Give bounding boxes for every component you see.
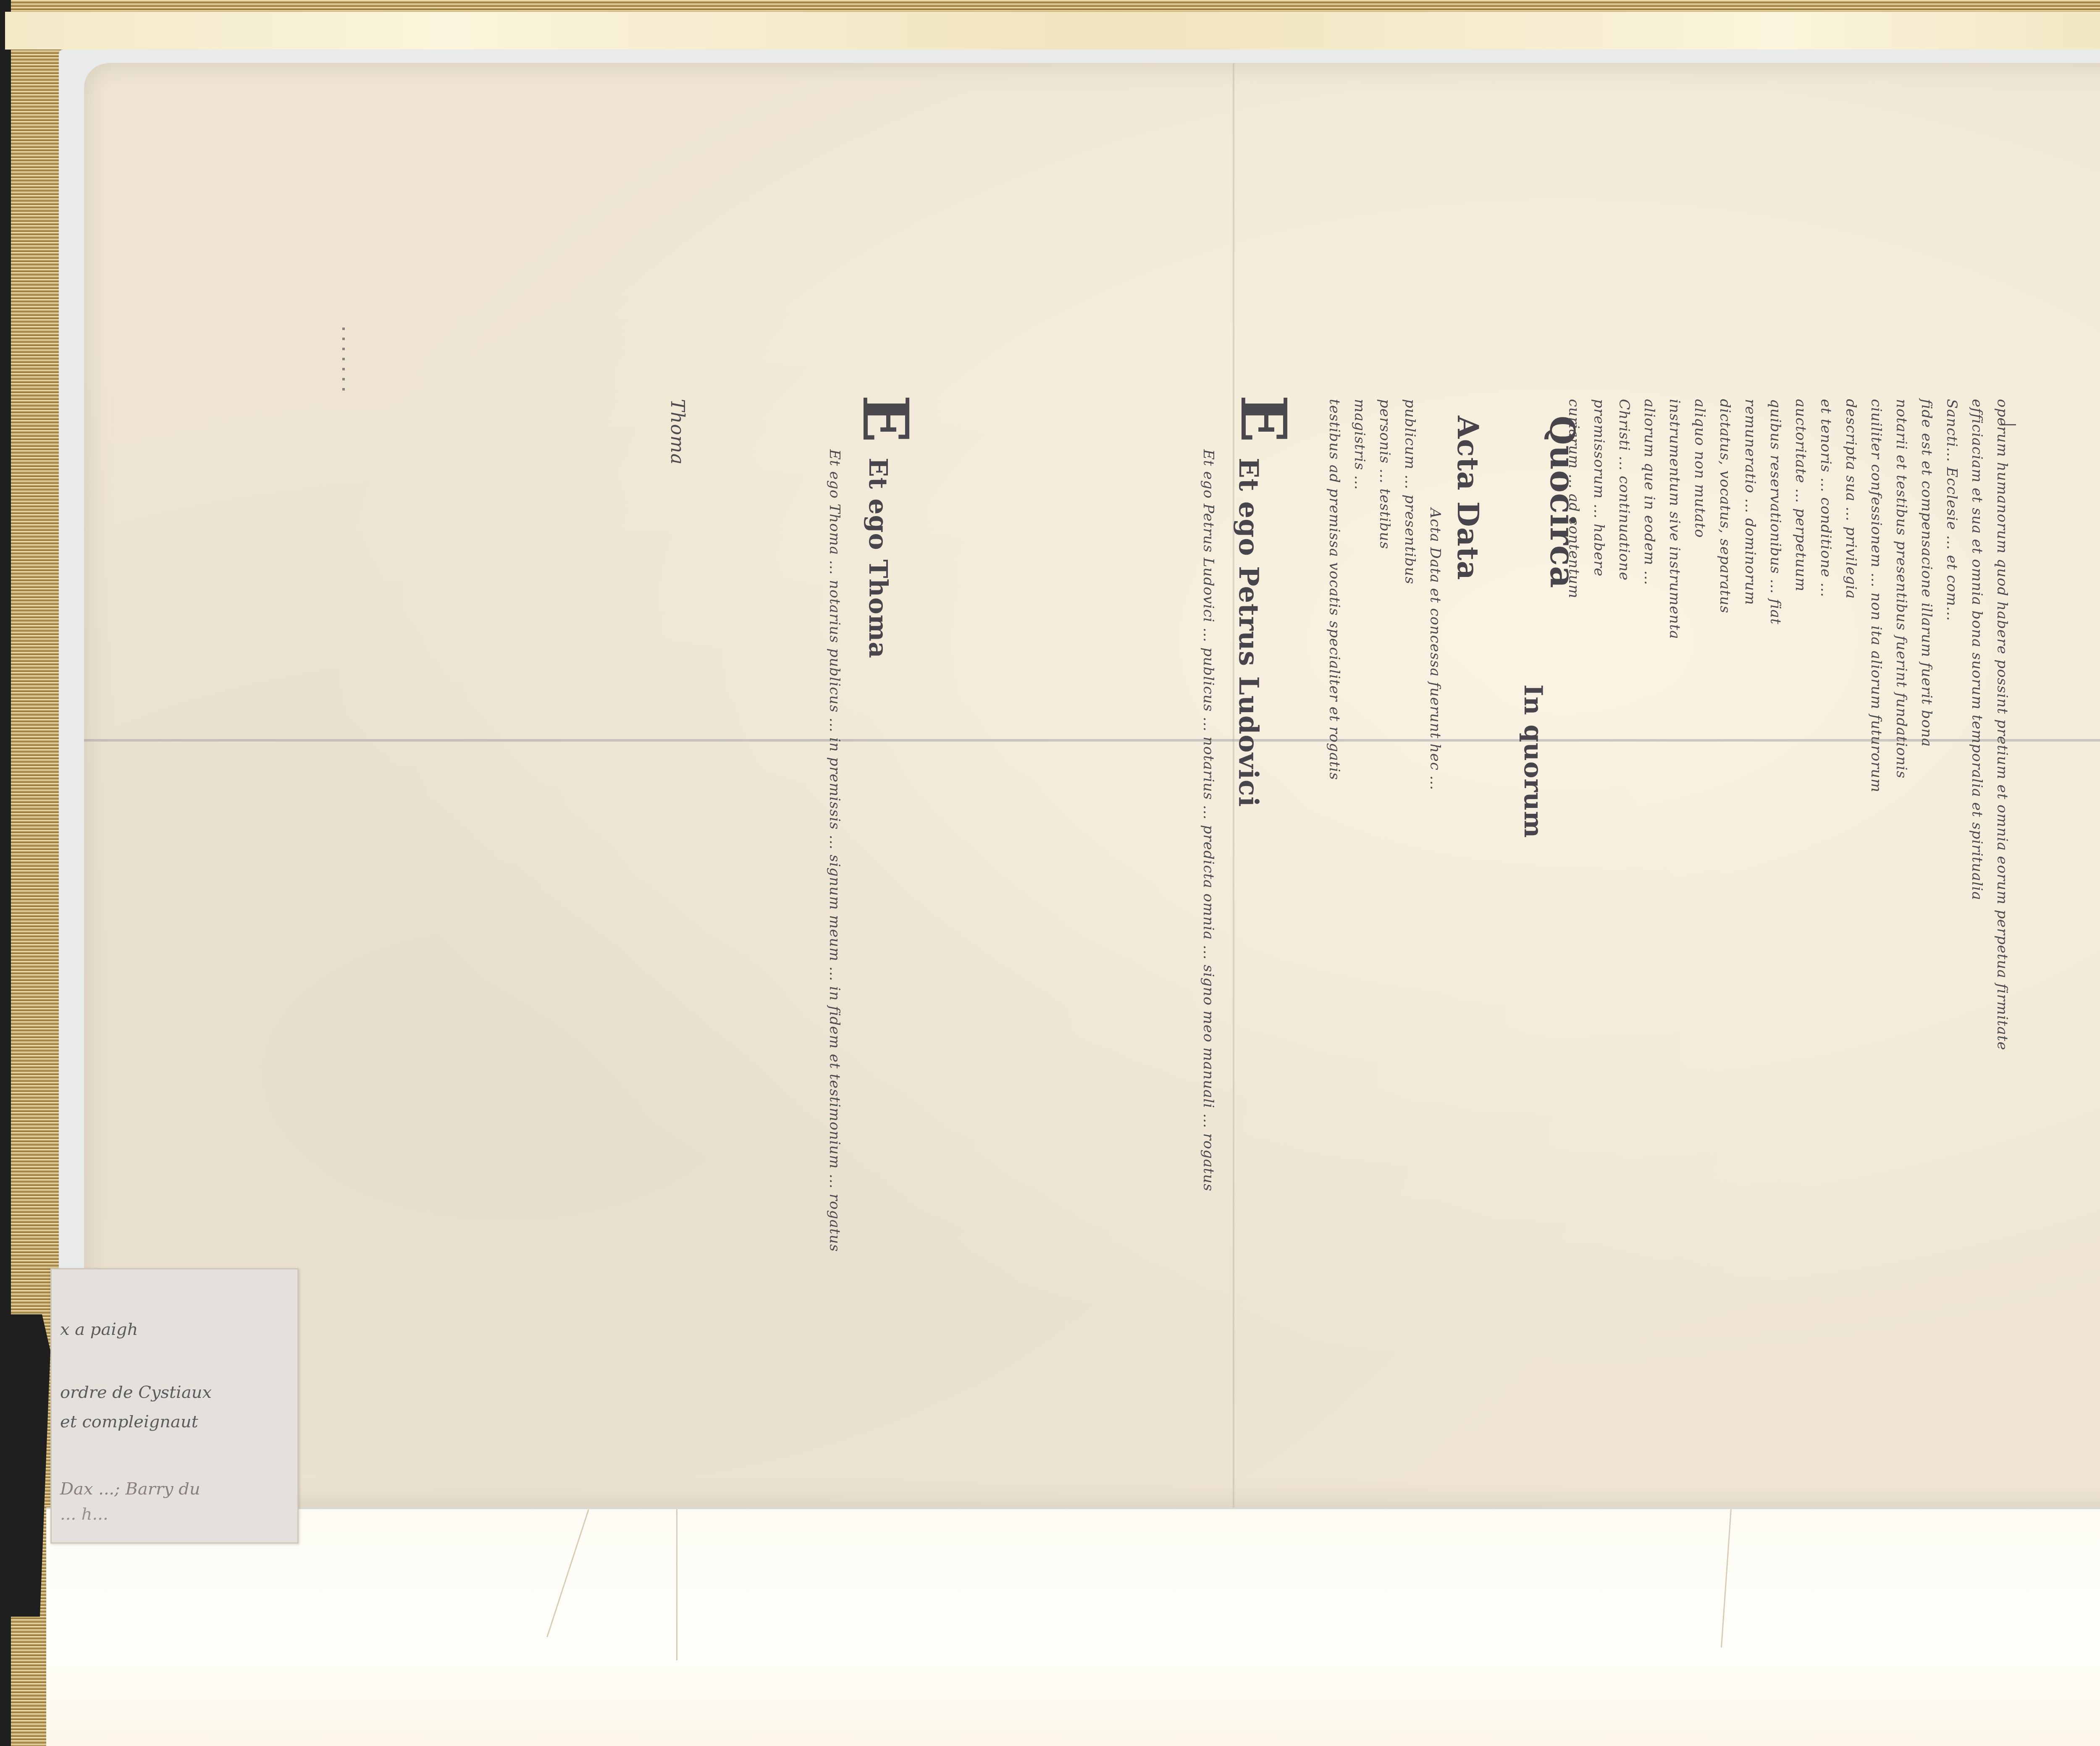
notary-subscription: Et ego Petrus Ludovici ... publicus ... … (1201, 449, 1215, 1192)
text-line: Christi ... continuatione (1617, 399, 1631, 581)
crease (1721, 1509, 1732, 1647)
text-line: operum humanorum quod habere possint pre… (1995, 399, 2009, 1051)
heading-acta-data: Acta Data (1453, 416, 1483, 580)
text-line: testibus ad premissa vocatis specialiter… (1327, 399, 1341, 780)
heading-notary-thoma: Et ego Thoma (865, 458, 890, 658)
text-line: instrumentum sive instrumenta (1667, 399, 1682, 640)
ruling-pricks (342, 328, 345, 395)
text-line: premissorum ... habere (1592, 399, 1606, 577)
text-line: Acta Data et concessa fuerunt hec ... (1428, 508, 1442, 790)
signature-thoma: Thoma (668, 399, 686, 465)
notary-subscription: Et ego Thoma ... notarius publicus ... i… (827, 449, 842, 1252)
text-line: aliquo non mutato (1693, 399, 1707, 538)
text-line: quibus reservationibus ... fiat (1768, 399, 1782, 624)
blank-flyleaf (46, 1507, 2100, 1746)
text-line: Sancti... Ecclesie ... et com... (1945, 399, 1959, 621)
crease (676, 1509, 677, 1660)
text-line: magistris ... (1352, 399, 1367, 490)
manuscript-text: operum humanorum quod habere possint pre… (630, 399, 2016, 1491)
text-line: personis ... testibus (1378, 399, 1392, 549)
decorated-initial-e: E (1226, 395, 1300, 443)
text-line: remuneratio ... dominorum (1743, 399, 1757, 605)
decorated-initial-e: E (848, 395, 922, 443)
text-line: auctoritate ... perpetuum (1793, 399, 1808, 592)
slip-note-line: et compleignaut (60, 1412, 198, 1431)
text-line: dictatus, vocatus, separatus (1718, 399, 1732, 613)
slip-note-line: ordre de Cystiaux (60, 1383, 212, 1402)
heading-in-quorum: In quorum (1520, 684, 1546, 838)
crease (546, 1509, 589, 1637)
text-line: aliorum que in eodem ... (1642, 399, 1656, 585)
text-line: curiarum ... ad contentum (1567, 399, 1581, 599)
text-line: fide est et compensacione illarum fuerit… (1919, 399, 1934, 747)
top-mount-strip (5, 12, 2100, 50)
text-line: ciuiliter confessionem ... non ita alior… (1869, 399, 1883, 792)
text-line: descripta sua ... privilegia (1844, 399, 1858, 599)
slip-note-line: ... h... (60, 1505, 108, 1524)
slip-note-line: x a paigh (60, 1320, 138, 1339)
text-line: efficiaciam et sua et omnia bona suorum … (1970, 399, 1984, 900)
text-line: publicum ... presentibus (1403, 399, 1417, 585)
text-line: notarii et testibus presentibus fuerint … (1894, 399, 1908, 779)
attached-paper-slip: x a paigh ordre de Cystiaux et compleign… (50, 1268, 299, 1544)
heading-notary-petrus: Et ego Petrus Ludovici (1235, 458, 1262, 807)
text-line: et tenoris ... conditione ... (1819, 399, 1833, 598)
slip-note-line: Dax ...; Barry du (60, 1479, 200, 1499)
